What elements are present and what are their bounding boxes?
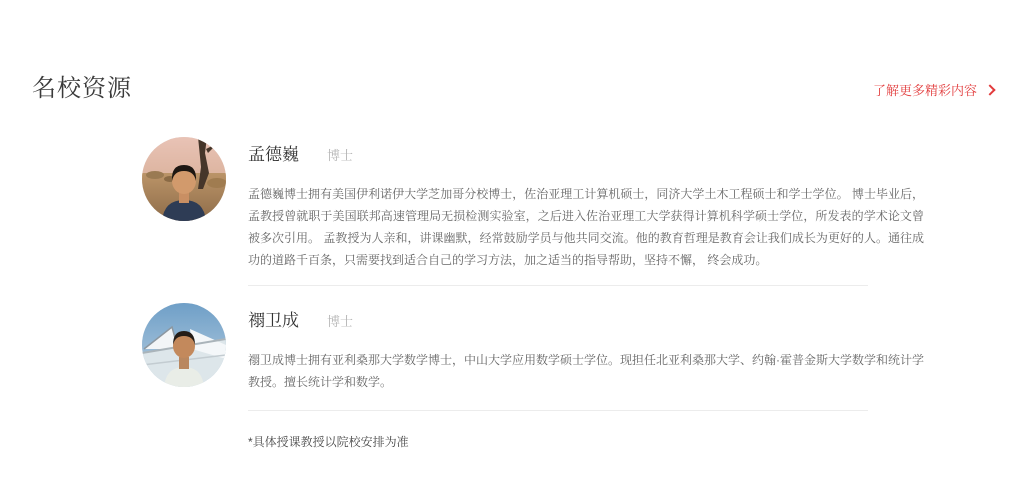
divider (248, 285, 868, 286)
professor-card: 孟德巍 博士 孟德巍博士拥有美国伊利诺伊大学芝加哥分校博士，佐治亚理工计算机硕士… (142, 137, 924, 271)
professor-degree-badge: 博士 (327, 145, 353, 164)
desert-portrait-photo (142, 137, 226, 221)
professor-avatar (142, 137, 226, 221)
professor-card: 禤卫成 博士 禤卫成博士拥有亚利桑那大学数学博士，中山大学应用数学硕士学位。现担… (142, 303, 924, 393)
more-link-label: 了解更多精彩内容 (873, 80, 977, 99)
professor-degree-badge: 博士 (327, 311, 353, 330)
boat-portrait-photo (142, 303, 226, 387)
professor-name: 孟德巍 (248, 140, 299, 165)
divider (248, 410, 868, 411)
professor-bio: 禤卫成博士拥有亚利桑那大学数学博士，中山大学应用数学硕士学位。现担任北亚利桑那大… (248, 349, 924, 393)
section-title: 名校资源 (32, 68, 132, 103)
professor-name: 禤卫成 (248, 306, 299, 331)
footnote: *具体授课教授以院校安排为准 (248, 433, 409, 450)
professor-bio: 孟德巍博士拥有美国伊利诺伊大学芝加哥分校博士，佐治亚理工计算机硕士，同济大学土木… (248, 183, 924, 271)
chevron-right-icon (984, 84, 995, 95)
more-link[interactable]: 了解更多精彩内容 (873, 80, 994, 99)
professor-avatar (142, 303, 226, 387)
